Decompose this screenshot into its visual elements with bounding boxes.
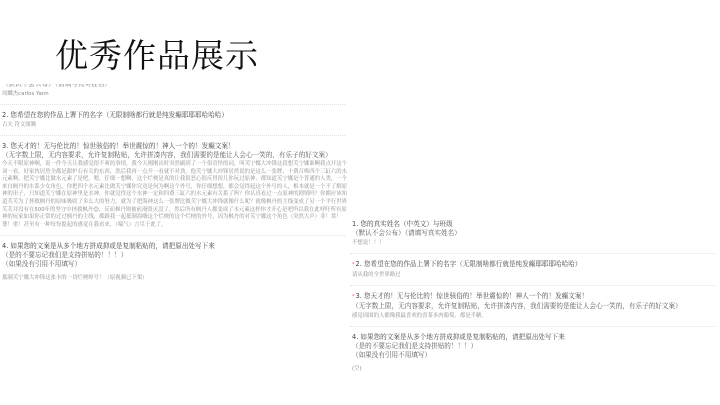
divider bbox=[0, 104, 345, 105]
right-form-response-panel: 1. 您的真实姓名（中英文）与班级 （默认不会公布）（请填写真实姓名） 不想说！… bbox=[350, 220, 720, 405]
question-4-answer: 抵制芙宁娜大冲锋这张卡的一切烂梗绰号！（原视频已下架） bbox=[2, 274, 348, 282]
question-3: *3. 您天才的！无与伦比的！惊世骇俗的！举世震惊的！神人一个的！发癫文案！ （… bbox=[350, 292, 720, 320]
question-1-answer: 周麟杰carlos Yann bbox=[2, 90, 348, 98]
question-3-answer: 感觉周围的人都像我最喜欢的喜茶多肉葡萄，都是半糖。 bbox=[352, 312, 718, 320]
slide-title: 优秀作品展示 bbox=[55, 36, 259, 76]
question-4: 4. 如果您的文案是从多个地方拼成抑或是复制粘贴的，请把原出处写下来 （是的不要… bbox=[0, 242, 350, 282]
question-2: 2. 您希望在您的作品上署下的名字（无限制啥都行就是纯发癫耶耶耶哈哈哈） 古夫 … bbox=[0, 111, 350, 129]
divider bbox=[350, 326, 716, 327]
question-4-label: 4. 如果您的文案是从多个地方拼成抑或是复制粘贴的，请把原出处写下来 bbox=[2, 242, 348, 251]
question-4-hint-2: （如果没有引用不用填写） bbox=[352, 351, 718, 360]
question-4-answer: (空) bbox=[352, 365, 718, 373]
required-marker: * bbox=[352, 294, 355, 300]
question-1-answer: 不想说！！！ bbox=[352, 239, 718, 247]
question-4-hint-2: （如果没有引用不用填写） bbox=[2, 260, 348, 269]
divider bbox=[350, 253, 716, 254]
question-3-label: 3. 您天才的！无与伦比的！惊世骇俗的！举世震惊的！神人一个的！发癫文案！ bbox=[2, 142, 348, 151]
question-2-label: *2. 您希望在您的作品上署下的名字（无限制啥都行就是纯发癫耶耶耶哈哈哈） bbox=[352, 260, 718, 270]
question-2-answer: 请从我的全世界路过 bbox=[352, 271, 718, 279]
question-2: *2. 您希望在您的作品上署下的名字（无限制啥都行就是纯发癫耶耶耶哈哈哈） 请从… bbox=[350, 260, 720, 279]
question-3-hint: （无字数上限，无内容要求，允许复制粘贴，允许拼凑内容，我们需要的是能让人会心一笑… bbox=[352, 302, 718, 311]
divider bbox=[0, 135, 345, 136]
question-1-hint: （默认不会公布）（请填写真实姓名） bbox=[352, 229, 718, 238]
question-3: 3. 您天才的！无与伦比的！惊世骇俗的！举世震惊的！神人一个的！发癫文案！ （无… bbox=[0, 142, 350, 229]
question-1: 1. 您的真实姓名（中英文）与班级 （默认不会公布）（请填写真实姓名） 不想说！… bbox=[350, 220, 720, 247]
question-4-hint-1: （是的不要忘记我们是支持拼贴的！！！） bbox=[352, 342, 718, 351]
question-3-hint: （无字数上限，无内容要求，允许复制粘贴，允许拼凑内容，我们需要的是能让人会心一笑… bbox=[2, 151, 348, 160]
question-2-answer: 古夫 符文图腾 bbox=[2, 121, 348, 129]
question-1-partial: （默认不会公布）（请填写真实姓名） 周麟杰carlos Yann bbox=[0, 84, 350, 98]
divider bbox=[350, 285, 716, 286]
required-marker: * bbox=[352, 262, 355, 268]
question-1-hint-cut: （默认不会公布）（请填写真实姓名） bbox=[2, 84, 348, 89]
question-1-label: 1. 您的真实姓名（中英文）与班级 bbox=[352, 220, 718, 229]
question-4-label: 4. 如果您的文案是从多个地方拼成抑或是复制粘贴的，请把原出处写下来 bbox=[352, 333, 718, 342]
question-4: 4. 如果您的文案是从多个地方拼成抑或是复制粘贴的，请把原出处写下来 （是的不要… bbox=[350, 333, 720, 373]
question-3-label: *3. 您天才的！无与伦比的！惊世骇俗的！举世震惊的！神人一个的！发癫文案！ bbox=[352, 292, 718, 302]
divider bbox=[0, 235, 345, 236]
question-4-hint-1: （是的不要忘记我们是支持拼贴的！！！） bbox=[2, 251, 348, 260]
left-form-response-panel: （默认不会公布）（请填写真实姓名） 周麟杰carlos Yann 2. 您希望在… bbox=[0, 84, 350, 324]
question-2-label: 2. 您希望在您的作品上署下的名字（无限制啥都行就是纯发癫耶耶耶哈哈哈） bbox=[2, 111, 348, 120]
question-3-answer: 今天不眼原神啊，说一件今天让我感觉很不爽的事情，我今天刚刚出时突然刷到了一个很奇… bbox=[2, 161, 347, 229]
